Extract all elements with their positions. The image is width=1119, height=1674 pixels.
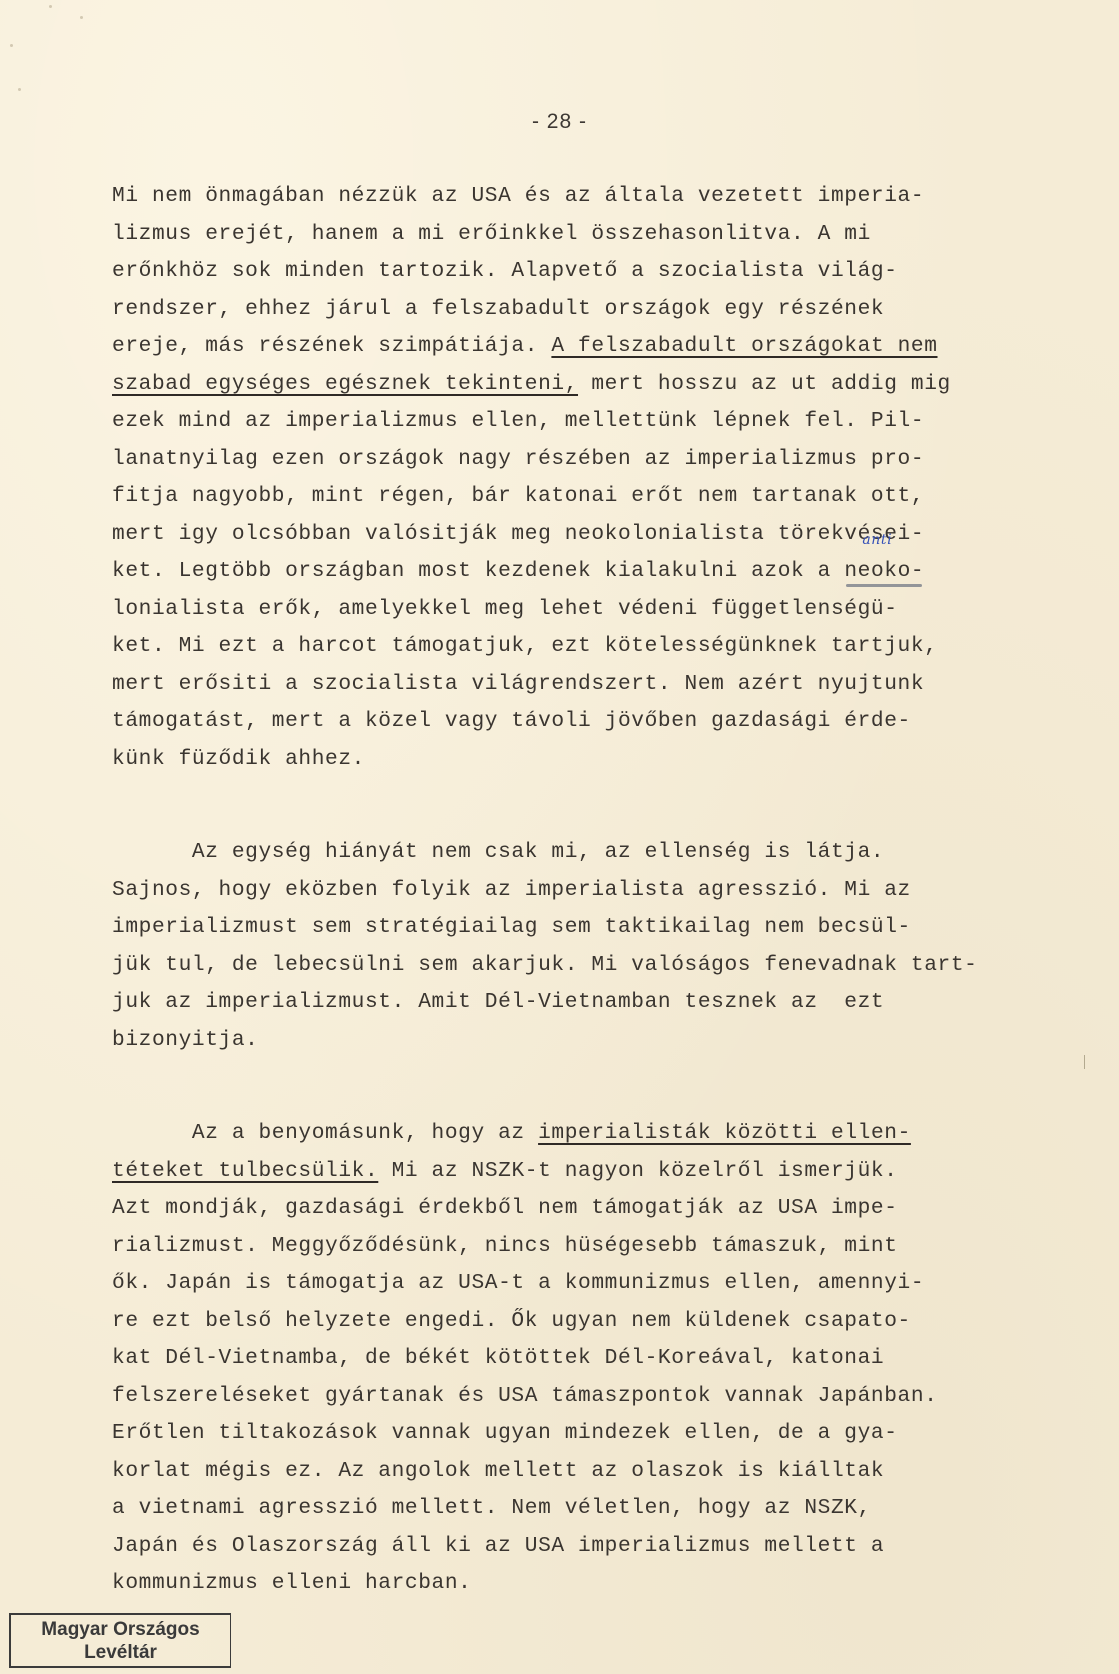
text-line: Azt mondják, gazdasági érdekből nem támo… — [112, 1190, 1072, 1228]
text-segment: Az egység hiányát nem csak mi, az ellens… — [112, 840, 884, 864]
text-segment: fitja nagyobb, mint régen, bár katonai e… — [112, 484, 924, 508]
text-segment: bizonyitja. — [112, 1028, 258, 1052]
text-line: imperializmust sem stratégiailag sem tak… — [112, 909, 1072, 947]
text-line: bizonyitja. — [112, 1022, 1072, 1060]
text-line: lizmus erejét, hanem a mi erőinkkel össz… — [112, 216, 1072, 254]
text-line: kat Dél-Vietnamba, de békét kötöttek Dél… — [112, 1340, 1072, 1378]
text-segment: mert hosszu az ut addig mig — [578, 372, 951, 396]
text-line: támogatást, mert a közel vagy távoli jöv… — [112, 703, 1072, 741]
text-segment: juk az imperializmust. Amit Dél-Vietnamb… — [112, 990, 884, 1014]
text-segment: Mi az NSZK-t nagyon közelről ismerjük. — [378, 1159, 897, 1183]
page-number: - 28 - — [0, 110, 1119, 134]
handwritten-underline — [846, 584, 922, 587]
text-line: ezek mind az imperializmus ellen, mellet… — [112, 403, 1072, 441]
text-segment: erőnkhöz sok minden tartozik. Alapvető a… — [112, 259, 898, 283]
text-segment: felszereléseket gyártanak és USA támaszp… — [112, 1384, 938, 1408]
text-segment: rializmust. Meggyőződésünk, nincs hüsége… — [112, 1234, 898, 1258]
text-segment: a vietnami agresszió mellett. Nem véletl… — [112, 1496, 871, 1520]
text-segment: Japán és Olaszország áll ki az USA imper… — [112, 1534, 884, 1558]
text-line: mert erősiti a szocialista világrendszer… — [112, 666, 1072, 704]
text-line: fitja nagyobb, mint régen, bár katonai e… — [112, 478, 1072, 516]
archive-stamp: Magyar Országos Levéltár — [9, 1613, 231, 1668]
text-segment: lanatnyilag ezen országok nagy részében … — [112, 447, 924, 471]
text-line: kommunizmus elleni harcban. — [112, 1565, 1072, 1603]
text-line: rializmust. Meggyőződésünk, nincs hüsége… — [112, 1228, 1072, 1266]
text-segment: mert igy olcsóbban valósitják meg neokol… — [112, 522, 924, 546]
text-line: Japán és Olaszország áll ki az USA imper… — [112, 1528, 1072, 1566]
text-line: juk az imperializmust. Amit Dél-Vietnamb… — [112, 984, 1072, 1022]
text-line: lonialista erők, amelyekkel meg lehet vé… — [112, 591, 1072, 629]
text-segment: Erőtlen tiltakozások vannak ugyan mindez… — [112, 1421, 898, 1445]
text-line: ereje, más részének szimpátiája. A felsz… — [112, 328, 1072, 366]
text-segment: kat Dél-Vietnamba, de békét kötöttek Dél… — [112, 1346, 884, 1370]
text-line: Mi nem önmagában nézzük az USA és az ált… — [112, 178, 1072, 216]
text-line: mert igy olcsóbban valósitják meg neokol… — [112, 516, 1072, 554]
underlined-phrase: imperialisták közötti ellen- — [538, 1121, 911, 1145]
text-segment: jük tul, de lebecsülni sem akarjuk. Mi v… — [112, 953, 977, 977]
annotated-word: neoko-anti — [844, 553, 924, 591]
margin-mark — [1084, 1055, 1085, 1069]
text-segment: támogatást, mert a közel vagy távoli jöv… — [112, 709, 911, 733]
text-segment: Mi nem önmagában nézzük az USA és az ált… — [112, 184, 924, 208]
text-line: ket. Mi ezt a harcot támogatjuk, ezt köt… — [112, 628, 1072, 666]
text-segment: ők. Japán is támogatja az USA-t a kommun… — [112, 1271, 924, 1295]
text-line: Az egység hiányát nem csak mi, az ellens… — [112, 834, 1072, 872]
text-segment: re ezt belső helyzete engedi. Ők ugyan n… — [112, 1309, 911, 1333]
text-segment: ket. Mi ezt a harcot támogatjuk, ezt köt… — [112, 634, 938, 658]
stamp-line-2: Levéltár — [11, 1641, 230, 1664]
paper-speck — [18, 88, 21, 91]
paper-speck — [10, 44, 13, 47]
text-line: Az a benyomásunk, hogy az imperialisták … — [112, 1115, 1072, 1153]
underlined-phrase: téteket tulbecsülik. — [112, 1159, 378, 1183]
text-line: téteket tulbecsülik. Mi az NSZK-t nagyon… — [112, 1153, 1072, 1191]
text-segment: ket. Legtöbb országban most kezdenek kia… — [112, 559, 844, 583]
text-line: rendszer, ehhez járul a felszabadult ors… — [112, 291, 1072, 329]
paragraph: Mi nem önmagában nézzük az USA és az ált… — [112, 178, 1072, 778]
text-line: re ezt belső helyzete engedi. Ők ugyan n… — [112, 1303, 1072, 1341]
handwritten-annotation: anti — [862, 533, 892, 547]
text-line: ők. Japán is támogatja az USA-t a kommun… — [112, 1265, 1072, 1303]
text-segment: korlat mégis ez. Az angolok mellett az o… — [112, 1459, 884, 1483]
underlined-phrase: A felszabadult országokat nem — [551, 334, 937, 358]
text-segment: mert erősiti a szocialista világrendszer… — [112, 672, 924, 696]
text-segment: kommunizmus elleni harcban. — [112, 1571, 472, 1595]
paper-speck — [49, 5, 52, 8]
text-line: a vietnami agresszió mellett. Nem véletl… — [112, 1490, 1072, 1528]
document-body: Mi nem önmagában nézzük az USA és az ált… — [112, 178, 1072, 1603]
text-segment: lonialista erők, amelyekkel meg lehet vé… — [112, 597, 898, 621]
text-line: Erőtlen tiltakozások vannak ugyan mindez… — [112, 1415, 1072, 1453]
text-segment: imperializmust sem stratégiailag sem tak… — [112, 915, 911, 939]
text-segment: Sajnos, hogy eközben folyik az imperiali… — [112, 878, 911, 902]
text-line: felszereléseket gyártanak és USA támaszp… — [112, 1378, 1072, 1416]
paragraph-gap — [112, 778, 1072, 834]
paragraph: Az egység hiányát nem csak mi, az ellens… — [112, 834, 1072, 1059]
stamp-line-1: Magyar Országos — [11, 1618, 230, 1641]
paper-speck — [80, 16, 83, 19]
text-line: jük tul, de lebecsülni sem akarjuk. Mi v… — [112, 947, 1072, 985]
text-segment: Az a benyomásunk, hogy az — [112, 1121, 538, 1145]
text-line: künk füződik ahhez. — [112, 741, 1072, 779]
paragraph: Az a benyomásunk, hogy az imperialisták … — [112, 1115, 1072, 1603]
text-segment: ereje, más részének szimpátiája. — [112, 334, 551, 358]
paragraph-gap — [112, 1059, 1072, 1115]
text-segment: rendszer, ehhez járul a felszabadult ors… — [112, 297, 884, 321]
text-segment: Azt mondják, gazdasági érdekből nem támo… — [112, 1196, 898, 1220]
text-line: erőnkhöz sok minden tartozik. Alapvető a… — [112, 253, 1072, 291]
text-line: szabad egységes egésznek tekinteni, mert… — [112, 366, 1072, 404]
text-segment: ezek mind az imperializmus ellen, mellet… — [112, 409, 924, 433]
text-line: Sajnos, hogy eközben folyik az imperiali… — [112, 872, 1072, 910]
text-line: korlat mégis ez. Az angolok mellett az o… — [112, 1453, 1072, 1491]
text-line: ket. Legtöbb országban most kezdenek kia… — [112, 553, 1072, 591]
text-segment: lizmus erejét, hanem a mi erőinkkel össz… — [112, 222, 871, 246]
text-segment: künk füződik ahhez. — [112, 747, 365, 771]
text-line: lanatnyilag ezen országok nagy részében … — [112, 441, 1072, 479]
underlined-phrase: szabad egységes egésznek tekinteni, — [112, 372, 578, 396]
